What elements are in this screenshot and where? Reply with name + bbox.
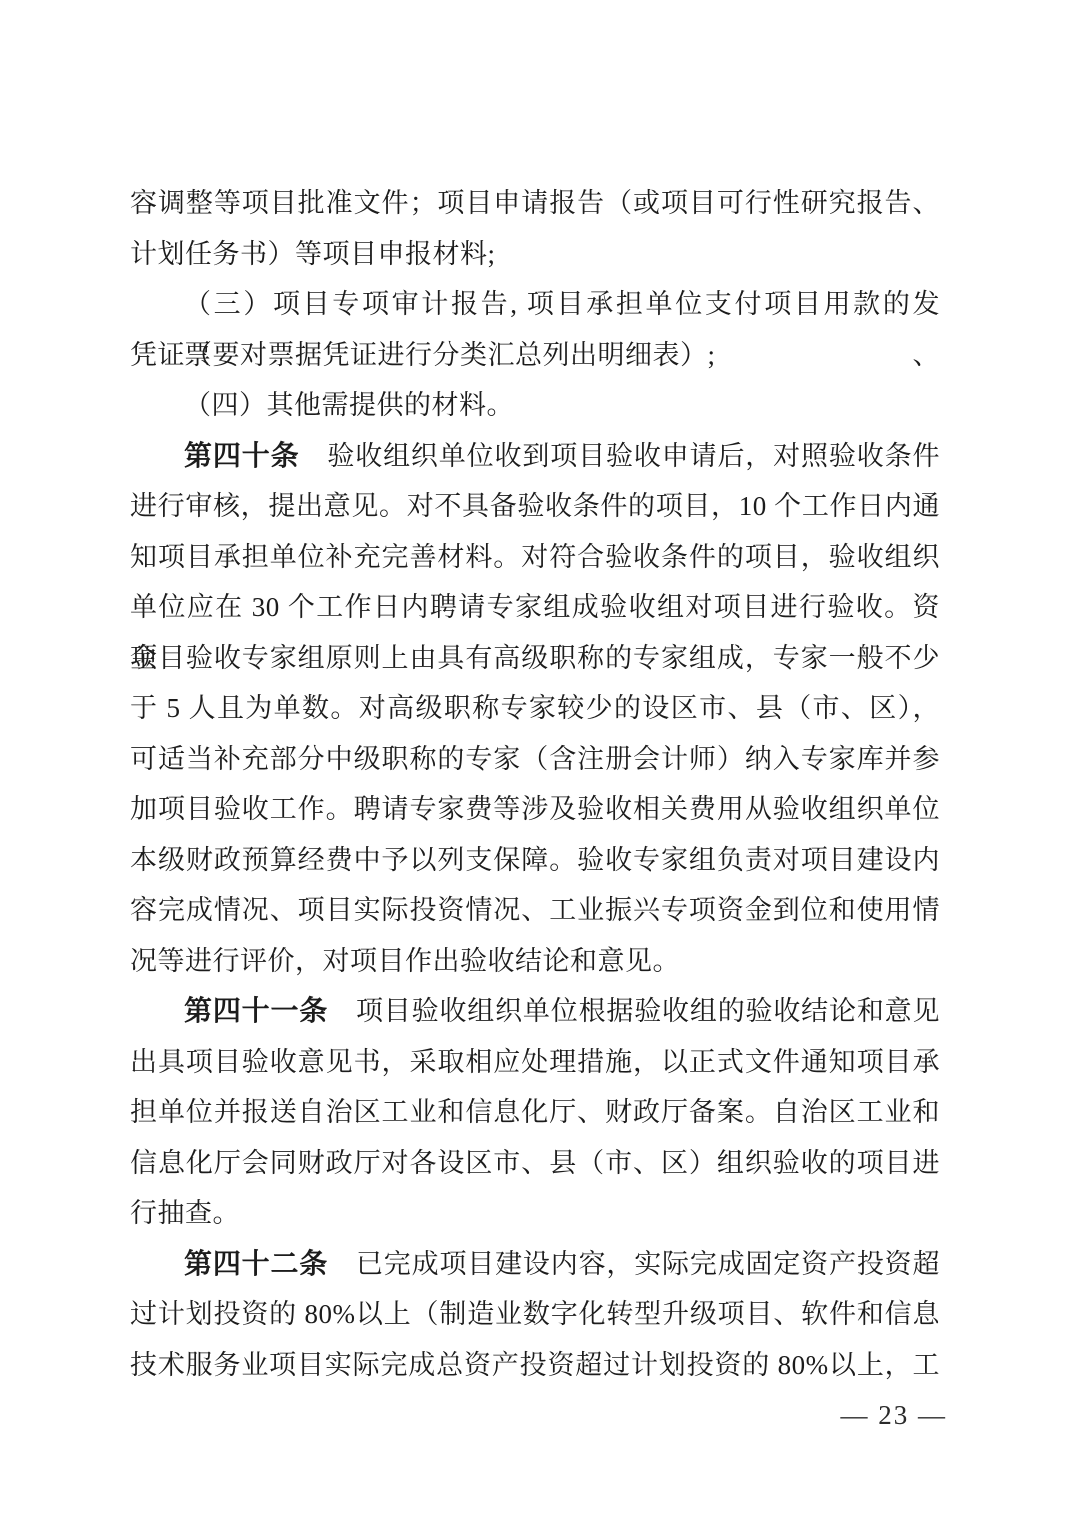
text-line: 知项目承担单位补充完善材料。对符合验收条件的项目，验收组织 [130,532,940,583]
text-line: 进行审核，提出意见。对不具备验收条件的项目，10 个工作日内通 [130,481,940,532]
article-heading: 第四十一条 [184,995,328,1026]
text-line-article-41: 第四十一条 项目验收组织单位根据验收组的验收结论和意见 [130,986,940,1037]
text-line: 项目验收专家组原则上由具有高级职称的专家组成，专家一般不少 [130,633,940,684]
text-line: 行抽查。 [130,1188,940,1239]
page-number: — 23 — [841,1400,948,1430]
text-line: 况等进行评价，对项目作出验收结论和意见。 [130,936,940,987]
article-heading: 第四十二条 [184,1248,328,1279]
text-line: （三）项目专项审计报告, 项目承担单位支付项目用款的发票、 [130,279,940,330]
text-line-article-40: 第四十条 验收组织单位收到项目验收申请后，对照验收条件 [130,431,940,482]
text-line: 出具项目验收意见书，采取相应处理措施，以正式文件通知项目承 [130,1037,940,1088]
article-heading-text: 已完成项目建设内容，实际完成固定资产投资超 [328,1249,940,1279]
text-line: 可适当补充部分中级职称的专家（含注册会计师）纳入专家库并参 [130,734,940,785]
document-page: 容调整等项目批准文件；项目申请报告（或项目可行性研究报告、 计划任务书）等项目申… [0,0,1074,1520]
text-line: 计划任务书）等项目申报材料; [130,229,940,280]
article-heading-text: 项目验收组织单位根据验收组的验收结论和意见 [328,996,940,1026]
text-line-article-42: 第四十二条 已完成项目建设内容，实际完成固定资产投资超 [130,1239,940,1290]
text-line: 加项目验收工作。聘请专家费等涉及验收相关费用从验收组织单位 [130,784,940,835]
text-line: （四）其他需提供的材料。 [130,380,940,431]
text-line: 过计划投资的 80%以上（制造业数字化转型升级项目、软件和信息 [130,1289,940,1340]
article-heading-text: 验收组织单位收到项目验收申请后，对照验收条件 [299,441,940,471]
text-line: 信息化厅会同财政厅对各设区市、县（市、区）组织验收的项目进 [130,1138,940,1189]
text-line: 容完成情况、项目实际投资情况、工业振兴专项资金到位和使用情 [130,885,940,936]
page-footer: — 23 — [841,1400,948,1431]
text-line: 单位应在 30 个工作日内聘请专家组成验收组对项目进行验收。资金 [130,582,940,633]
document-body: 容调整等项目批准文件；项目申请报告（或项目可行性研究报告、 计划任务书）等项目申… [130,178,940,1390]
text-line: 技术服务业项目实际完成总资产投资超过计划投资的 80%以上，工 [130,1340,940,1391]
article-heading: 第四十条 [184,440,299,471]
text-line: 容调整等项目批准文件；项目申请报告（或项目可行性研究报告、 [130,178,940,229]
text-line: 于 5 人且为单数。对高级职称专家较少的设区市、县（市、区）， [130,683,940,734]
text-line: 担单位并报送自治区工业和信息化厅、财政厅备案。自治区工业和 [130,1087,940,1138]
text-line: 本级财政预算经费中予以列支保障。验收专家组负责对项目建设内 [130,835,940,886]
